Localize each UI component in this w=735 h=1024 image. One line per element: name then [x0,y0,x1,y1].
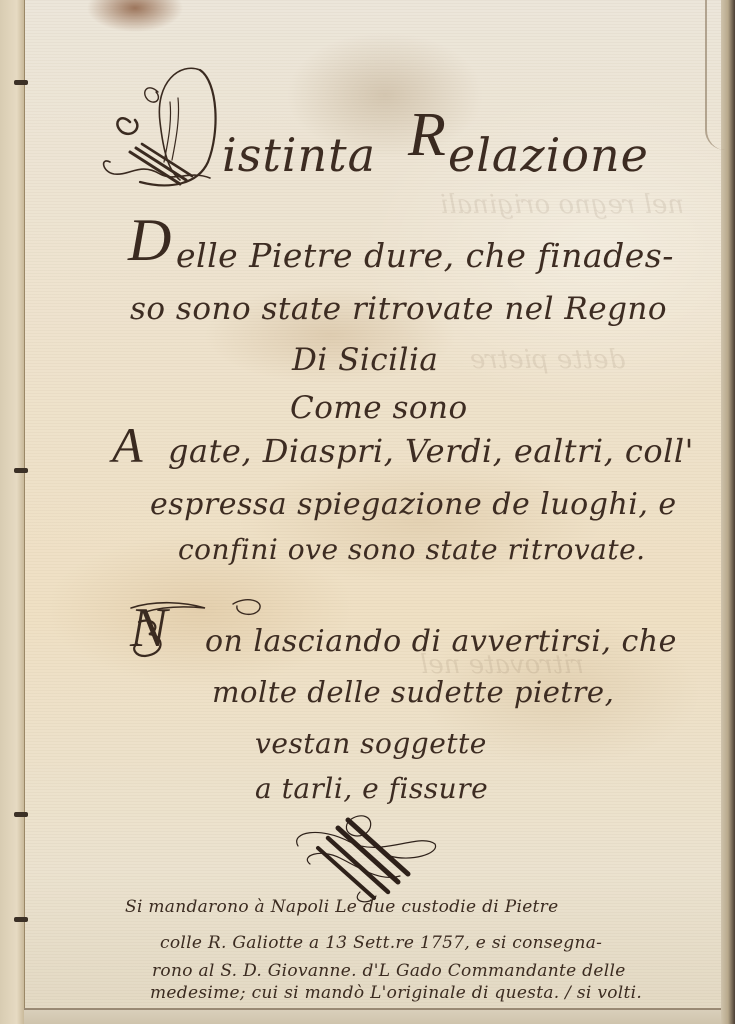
page-right-edge [721,0,735,1024]
decorated-initial-d-icon [100,62,220,197]
notice-line-3: vestan soggette [255,727,487,760]
notice-line-1: on lasciando di avvertirsi, che [205,624,677,659]
notice-line-4: a tarli, e fissure [255,772,488,805]
line-initial-a: A [112,420,143,470]
body-line-3: Di Sicilia [292,342,438,378]
calligraphic-flourish-icon [290,812,440,907]
page-curl [705,0,729,150]
line-initial-d: D [128,210,171,270]
annotation-line-1: Si mandarono à Napoli Le due custodie di… [125,897,558,917]
body-line-1: elle Pietre dure, che finades- [176,236,674,275]
notice-line-2: molte delle sudette pietre, [212,675,614,709]
binding-stitch [14,80,28,85]
body-line-4: Come sono [290,390,468,426]
annotation-line-4: medesime; cui si mandò L'originale di qu… [150,983,642,1003]
binding-stitch [14,917,28,922]
title-word-distinta: istinta [222,128,376,182]
bleed-through-text: nel regno originali [440,190,684,220]
page-bottom-edge [24,1008,721,1024]
title-word-relazione: elazione [448,128,649,182]
bleed-through-text: dette pietre [470,345,625,375]
binding-stitch [14,812,28,817]
body-line-5: gate, Diaspri, Verdi, ealtri, coll' [168,432,694,470]
body-line-6: espressa spiegazione de luoghi, e [150,487,677,522]
title-initial-r: R [408,104,446,166]
manuscript-page: nel regno originali dette pietre ritrova… [0,0,735,1024]
binding-edge [0,0,25,1024]
title-rest: istinta [222,128,376,182]
binding-stitch [14,468,28,473]
annotation-line-2: colle R. Galiotte a 13 Sett.re 1757, e s… [160,933,602,953]
body-line-7: confini ove sono state ritrovate. [178,533,646,566]
annotation-line-3: rono al S. D. Giovanne. d'L Gado Command… [152,961,626,981]
body-line-2: so sono state ritrovate nel Regno [130,291,667,327]
line-initial-n: N [130,600,167,656]
